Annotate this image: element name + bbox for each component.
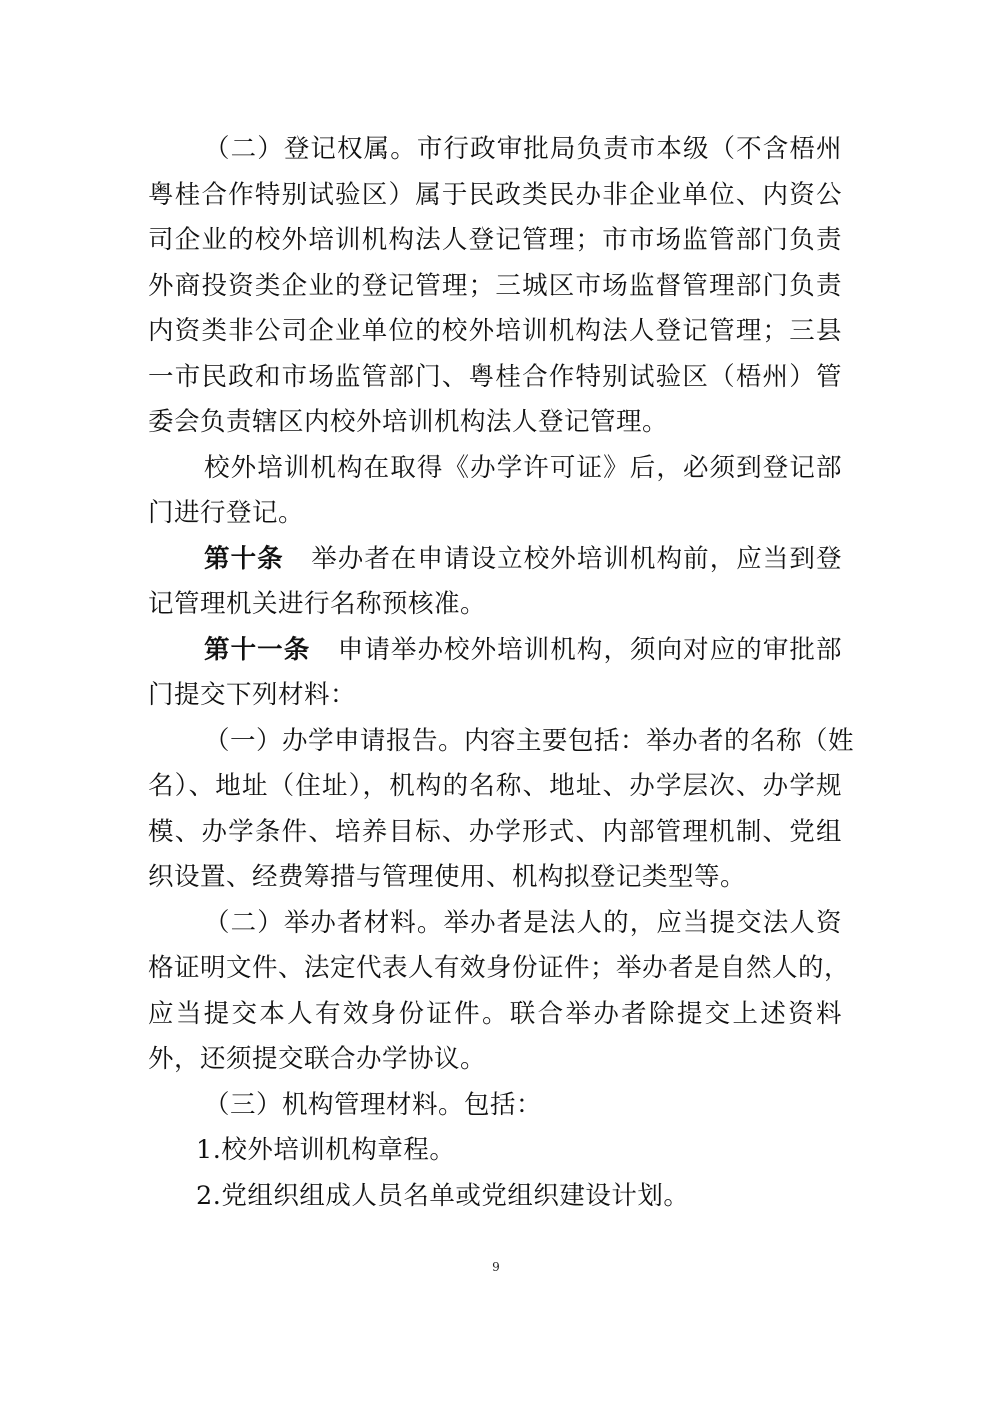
paragraph-registration-authority: （二）登记权属。市行政审批局负责市本级（不含梧州 粤桂合作特别试验区）属于民政类… [148,127,842,446]
text-line: 外商投资类企业的登记管理；三城区市场监督管理部门负责 [148,264,842,310]
text-line: 委会负责辖区内校外培训机构法人登记管理。 [148,400,842,446]
item-management-materials: （三）机构管理材料。包括： [148,1083,842,1129]
list-item-charter: 1.校外培训机构章程。 [148,1128,842,1174]
text-line: （一）办学申请报告。内容主要包括：举办者的名称（姓 [148,719,842,765]
article-heading: 第十条 [204,544,284,574]
text-line: 模、办学条件、培养目标、办学形式、内部管理机制、党组 [148,810,842,856]
item-sponsor-materials: （二）举办者材料。举办者是法人的，应当提交法人资 格证明文件、法定代表人有效身份… [148,901,842,1083]
text-line: 名）、地址（住址），机构的名称、地址、办学层次、办学规 [148,764,842,810]
document-page: （二）登记权属。市行政审批局负责市本级（不含梧州 粤桂合作特别试验区）属于民政类… [148,127,842,1219]
list-item-party-organization: 2.党组织组成人员名单或党组织建设计划。 [148,1174,842,1220]
text-line: 粤桂合作特别试验区）属于民政类民办非企业单位、内资公 [148,173,842,219]
text-line: 2.党组织组成人员名单或党组织建设计划。 [148,1174,842,1220]
text-line: 司企业的校外培训机构法人登记管理；市市场监管部门负责 [148,218,842,264]
article-10: 第十条 举办者在申请设立校外培训机构前，应当到登 记管理机关进行名称预核准。 [148,537,842,628]
text-line: 门提交下列材料： [148,673,842,719]
text-line: （三）机构管理材料。包括： [148,1083,842,1129]
item-application-report: （一）办学申请报告。内容主要包括：举办者的名称（姓 名）、地址（住址），机构的名… [148,719,842,901]
text-line: 内资类非公司企业单位的校外培训机构法人登记管理；三县 [148,309,842,355]
text-line: 应当提交本人有效身份证件。联合举办者除提交上述资料 [148,992,842,1038]
text-line: 门进行登记。 [148,491,842,537]
text-line: 第十条 举办者在申请设立校外培训机构前，应当到登 [148,537,842,583]
text-line: （二）举办者材料。举办者是法人的，应当提交法人资 [148,901,842,947]
text-line: 一市民政和市场监管部门、粤桂合作特别试验区（梧州）管 [148,355,842,401]
page-number: 9 [0,1260,992,1274]
text-line: 校外培训机构在取得《办学许可证》后，必须到登记部 [148,446,842,492]
text-line: 1.校外培训机构章程。 [148,1128,842,1174]
text-line: 织设置、经费筹措与管理使用、机构拟登记类型等。 [148,855,842,901]
text-line: 记管理机关进行名称预核准。 [148,582,842,628]
text-line: 第十一条 申请举办校外培训机构，须向对应的审批部 [148,628,842,674]
article-heading: 第十一条 [204,635,310,665]
article-11: 第十一条 申请举办校外培训机构，须向对应的审批部 门提交下列材料： [148,628,842,719]
text-line: 外，还须提交联合办学协议。 [148,1037,842,1083]
article-text: 举办者在申请设立校外培训机构前，应当到登 [311,544,842,574]
paragraph-registration-requirement: 校外培训机构在取得《办学许可证》后，必须到登记部 门进行登记。 [148,446,842,537]
text-line: 格证明文件、法定代表人有效身份证件；举办者是自然人的， [148,946,842,992]
article-text: 申请举办校外培训机构，须向对应的审批部 [338,635,842,665]
text-line: （二）登记权属。市行政审批局负责市本级（不含梧州 [148,127,842,173]
